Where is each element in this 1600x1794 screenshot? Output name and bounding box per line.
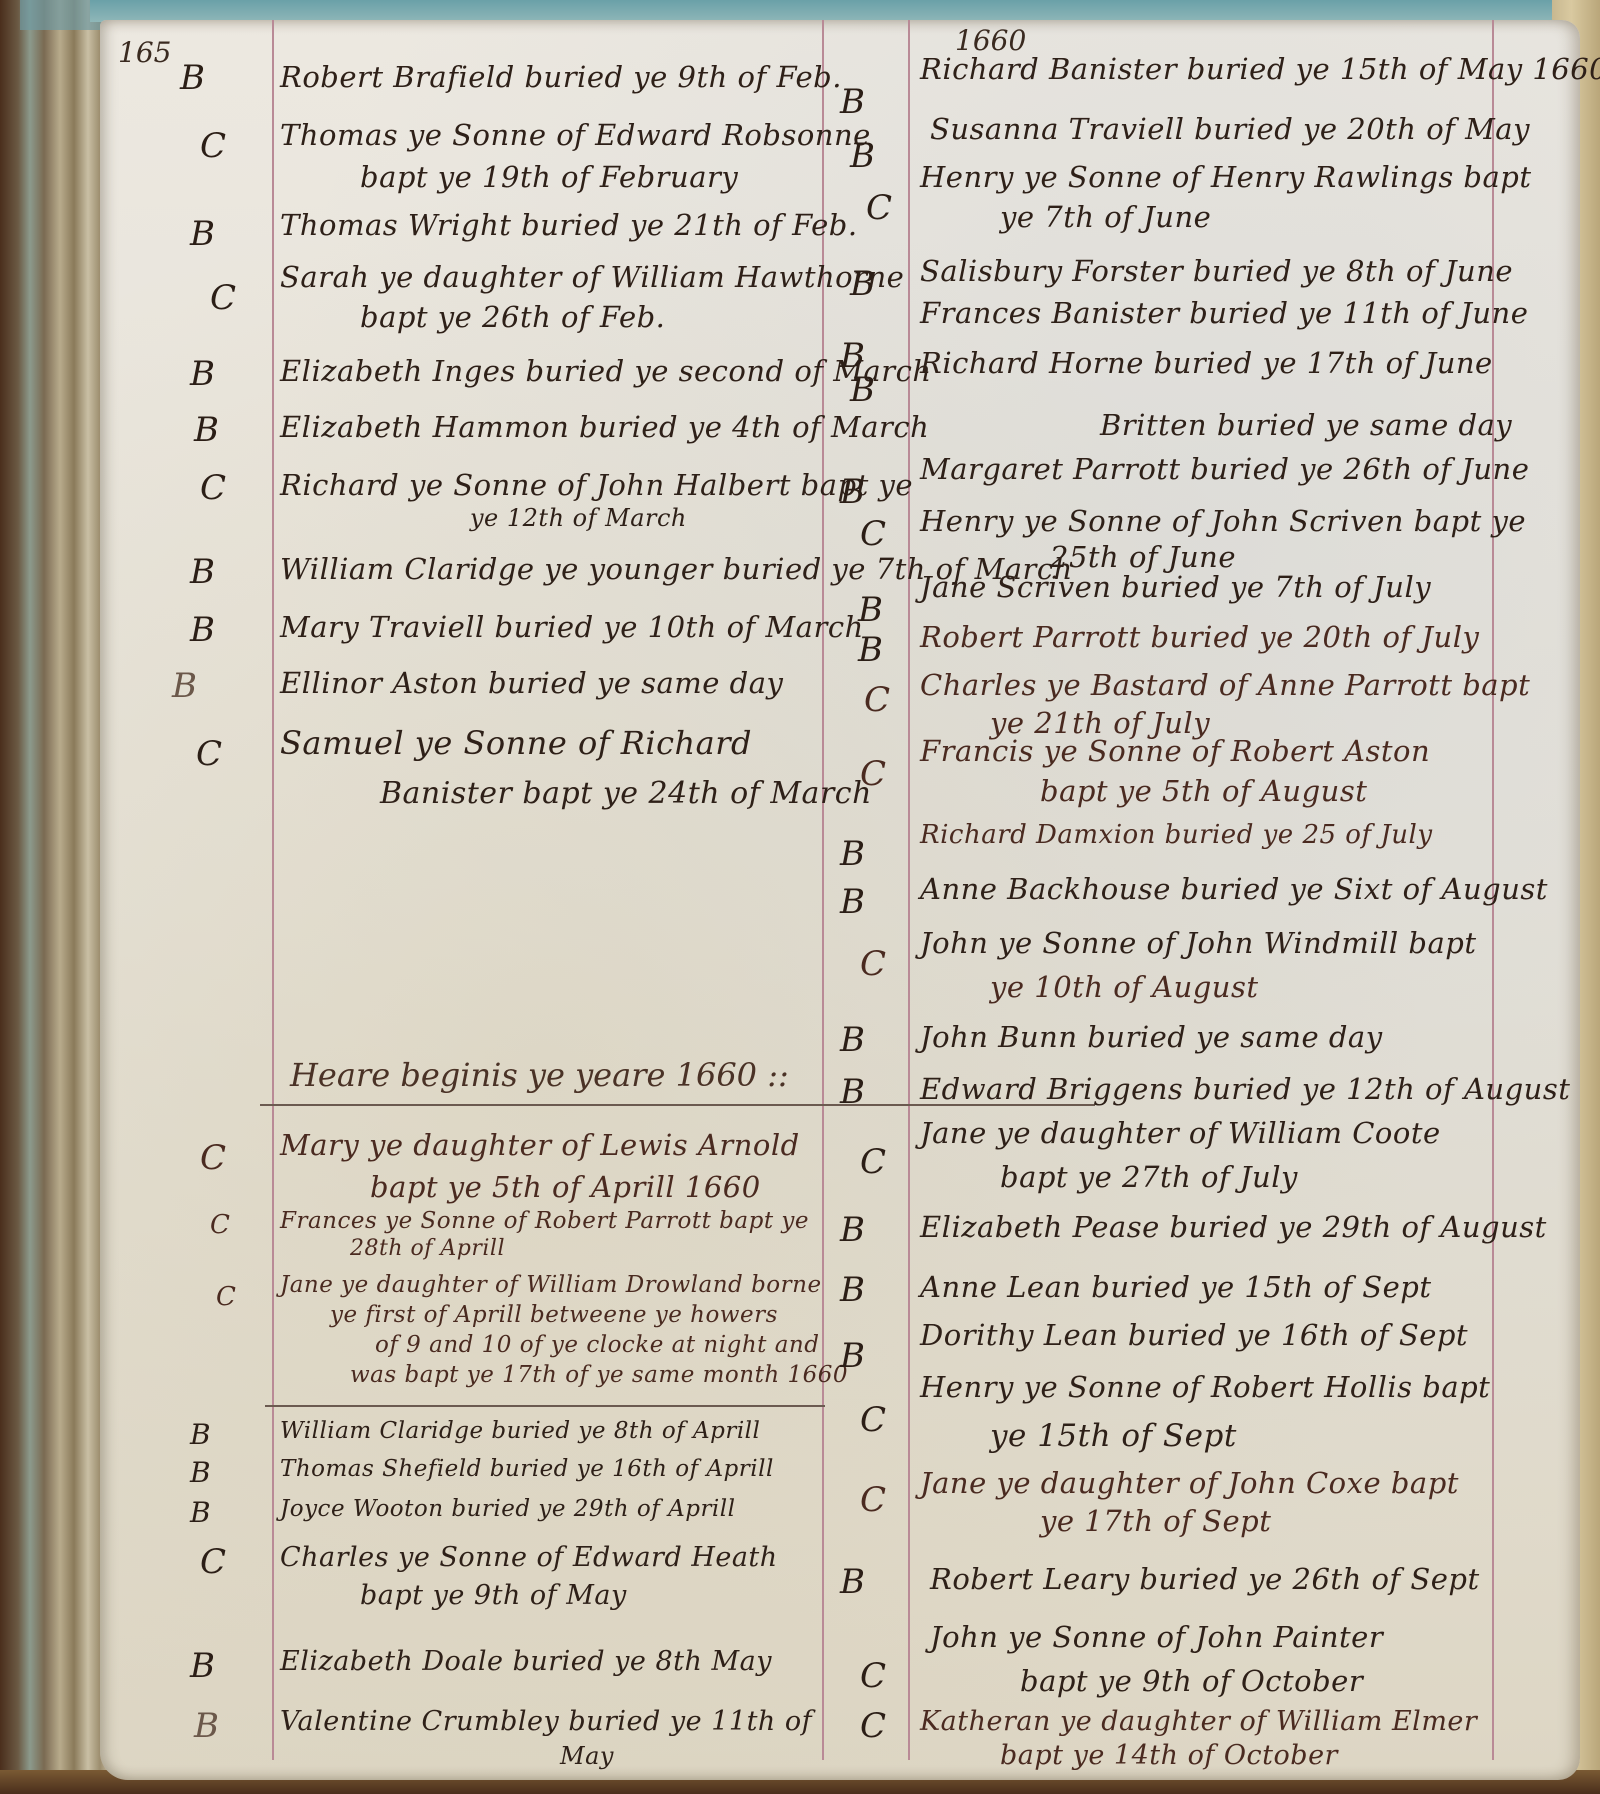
baptism-mark-icon: C [864, 680, 890, 720]
burial-mark-icon: B [194, 1706, 219, 1746]
burial-mark-icon: B [172, 666, 197, 706]
entry-text: Sarah ye daughter of William Hawthorne [280, 260, 904, 294]
entry-text: Samuel ye Sonne of Richard [280, 724, 752, 762]
entry-text: Robert Parrott buried ye 20th of July [920, 620, 1479, 654]
baptism-mark-icon: C [196, 734, 222, 774]
burial-mark-icon: B [190, 1418, 211, 1451]
entry-text: Thomas Wright buried ye 21th of Feb. [280, 208, 858, 242]
entry-text: Ellinor Aston buried ye same day [280, 666, 783, 700]
entry-text: Francis ye Sonne of Robert Aston [920, 734, 1430, 768]
entry-text: Dorithy Lean buried ye 16th of Sept [920, 1318, 1468, 1352]
baptism-mark-icon: C [860, 1656, 886, 1696]
entry-text: Edward Briggens buried ye 12th of August [920, 1072, 1570, 1106]
entry-text: Valentine Crumbley buried ye 11th of [280, 1706, 812, 1737]
burial-mark-icon: B [194, 410, 219, 450]
entry-text: Britten buried ye same day [1100, 408, 1512, 442]
burial-mark-icon: B [840, 82, 865, 122]
burial-mark-icon: B [190, 1646, 215, 1686]
entry-text: Joyce Wooton buried ye 29th of Aprill [280, 1496, 736, 1522]
burial-mark-icon: B [190, 1496, 211, 1529]
baptism-mark-icon: C [860, 754, 886, 794]
entry-text: Robert Brafield buried ye 9th of Feb. [280, 60, 842, 94]
entry-text: ye 10th of August [990, 970, 1259, 1004]
entry-text: Margaret Parrott buried ye 26th of June [920, 452, 1529, 486]
entry-text: Thomas Shefield buried ye 16th of Aprill [280, 1456, 774, 1482]
entry-text: William Claridge buried ye 8th of Aprill [280, 1418, 760, 1444]
baptism-mark-icon: C [200, 126, 226, 166]
burial-mark-icon: B [190, 552, 215, 592]
entry-text: Henry ye Sonne of John Scriven bapt ye [920, 504, 1526, 538]
entry-text: Anne Backhouse buried ye Sixt of August [920, 872, 1548, 906]
baptism-mark-icon: C [200, 1138, 226, 1178]
baptism-mark-icon: C [200, 1542, 226, 1582]
entry-text: John ye Sonne of John Painter [930, 1620, 1383, 1654]
entry-text: ye 12th of March [470, 504, 687, 532]
register-page: 165 1660 B Robert Brafield buried ye 9th… [100, 20, 1580, 1780]
burial-mark-icon: B [180, 58, 205, 98]
entry-text: Mary Traviell buried ye 10th of March [280, 610, 864, 644]
year-1660-heading: Heare beginis ye yeare 1660 :: [290, 1056, 789, 1094]
burial-mark-icon: B [840, 1336, 865, 1376]
entry-text: bapt ye 5th of Aprill 1660 [370, 1170, 761, 1204]
entry-text: Anne Lean buried ye 15th of Sept [920, 1270, 1431, 1304]
entry-text: John Bunn buried ye same day [920, 1020, 1383, 1054]
burial-mark-icon: B [850, 370, 875, 410]
baptism-mark-icon: C [860, 1142, 886, 1182]
entry-text: Jane ye daughter of John Coxe bapt [920, 1466, 1459, 1500]
entry-text: bapt ye 27th of July [1000, 1160, 1298, 1194]
entry-text: Salisbury Forster buried ye 8th of June [920, 254, 1513, 288]
entry-text: ye 7th of June [1000, 200, 1211, 234]
entry-text: Jane ye daughter of William Drowland bor… [280, 1272, 822, 1298]
entry-text: 28th of Aprill [350, 1236, 505, 1261]
burial-mark-icon: B [840, 1020, 865, 1060]
burial-mark-icon: B [190, 610, 215, 650]
entry-text: of 9 and 10 of ye clocke at night and [375, 1332, 819, 1358]
burial-mark-icon: B [858, 630, 883, 670]
entry-text: Henry ye Sonne of Henry Rawlings bapt [920, 160, 1532, 194]
entry-text: Mary ye daughter of Lewis Arnold [280, 1128, 800, 1162]
burial-mark-icon: B [840, 1210, 865, 1250]
burial-mark-icon: B [840, 472, 865, 512]
entry-text: ye 17th of Sept [1040, 1504, 1271, 1538]
burial-mark-icon: B [840, 1270, 865, 1310]
burial-mark-icon: B [840, 1562, 865, 1602]
burial-mark-icon: B [850, 136, 875, 176]
entry-text: Jane Scriven buried ye 7th of July [920, 570, 1431, 604]
entry-text: Elizabeth Pease buried ye 29th of August [920, 1210, 1547, 1244]
entry-text: bapt ye 9th of October [1020, 1664, 1363, 1698]
burial-mark-icon: B [858, 590, 883, 630]
entry-divider-rule [265, 1405, 825, 1407]
entry-text: Katheran ye daughter of William Elmer [920, 1706, 1477, 1737]
entry-text: bapt ye 5th of August [1040, 774, 1367, 808]
entry-text: Richard Damxion buried ye 25 of July [920, 820, 1433, 850]
baptism-mark-icon: C [860, 944, 886, 984]
entry-text: bapt ye 26th of Feb. [360, 300, 665, 334]
baptism-mark-icon: C [866, 188, 892, 228]
baptism-mark-icon: C [210, 278, 236, 318]
entry-text: Robert Leary buried ye 26th of Sept [930, 1562, 1480, 1596]
entry-text: John ye Sonne of John Windmill bapt [920, 926, 1476, 960]
entry-text: Richard Horne buried ye 17th of June [920, 346, 1493, 380]
entry-text: bapt ye 14th of October [1000, 1740, 1338, 1771]
entry-text: Charles ye Bastard of Anne Parrott bapt [920, 668, 1530, 702]
baptism-mark-icon: C [860, 514, 886, 554]
entry-text: Richard ye Sonne of John Halbert bapt ye [280, 468, 913, 502]
entry-text: May [560, 1742, 614, 1770]
entry-text: ye first of Aprill betweene ye howers [330, 1302, 778, 1328]
entry-text: Elizabeth Doale buried ye 8th May [280, 1646, 772, 1677]
entry-text: Banister bapt ye 24th of March [380, 776, 872, 811]
burial-mark-icon: B [840, 882, 865, 922]
baptism-mark-icon: C [860, 1480, 886, 1520]
entry-text: 25th of June [1050, 540, 1236, 574]
burial-mark-icon: B [190, 354, 215, 394]
burial-mark-icon: B [190, 1456, 211, 1489]
entry-text: Charles ye Sonne of Edward Heath [280, 1542, 778, 1573]
baptism-mark-icon: C [210, 1210, 230, 1240]
burial-mark-icon: B [840, 1072, 865, 1112]
entry-text: Henry ye Sonne of Robert Hollis bapt [920, 1370, 1490, 1404]
entry-text: bapt ye 19th of February [360, 160, 738, 194]
entry-text: Elizabeth Inges buried ye second of Marc… [280, 354, 932, 388]
entry-text: ye 15th of Sept [990, 1418, 1237, 1454]
entry-text: Jane ye daughter of William Coote [920, 1116, 1441, 1150]
burial-mark-icon: B [840, 834, 865, 874]
entry-text: bapt ye 9th of May [360, 1580, 627, 1611]
burial-mark-icon: B [190, 214, 215, 254]
entry-text: Frances Banister buried ye 11th of June [920, 296, 1528, 330]
baptism-mark-icon: C [216, 1282, 236, 1312]
baptism-mark-icon: C [860, 1400, 886, 1440]
entry-text: Frances ye Sonne of Robert Parrott bapt … [280, 1208, 809, 1234]
entry-text: was bapt ye 17th of ye same month 1660 [350, 1362, 848, 1388]
corner-year-left: 165 [118, 36, 171, 69]
burial-mark-icon: B [850, 264, 875, 304]
right-margin-rule [908, 20, 910, 1760]
left-margin-rule [272, 20, 274, 1760]
baptism-mark-icon: C [860, 1706, 886, 1746]
baptism-mark-icon: C [200, 468, 226, 508]
entry-text: Susanna Traviell buried ye 20th of May [930, 112, 1530, 146]
entry-text: Thomas ye Sonne of Edward Robsonne [280, 118, 871, 152]
entry-text: Elizabeth Hammon buried ye 4th of March [280, 410, 929, 444]
book-cover-top [90, 0, 1600, 22]
entry-text: Richard Banister buried ye 15th of May 1… [920, 52, 1600, 86]
